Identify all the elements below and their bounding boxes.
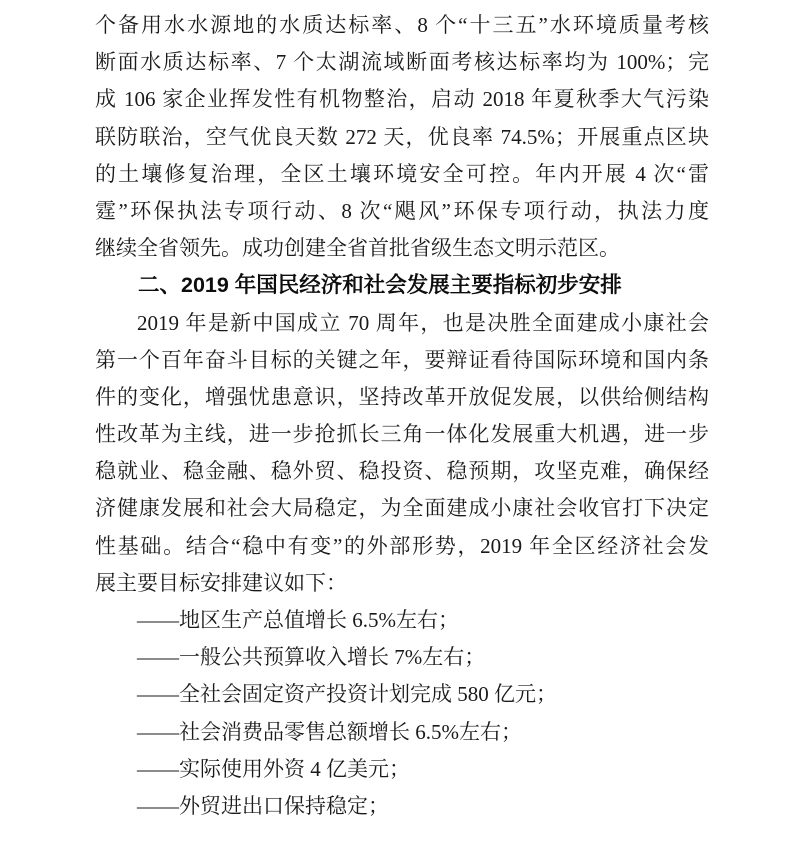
goal-item: ——地区生产总值增长 6.5%左右； [95, 602, 709, 639]
paragraph-line: 联防联治，空气优良天数 272 天，优良率 74.5%；开展重点区块 [95, 119, 709, 156]
paragraph-line: 断面水质达标率、7 个太湖流域断面考核达标率均为 100%；完 [95, 44, 709, 81]
paragraph-line: 性基础。结合“稳中有变”的外部形势，2019 年全区经济社会发 [95, 528, 709, 565]
paragraph-line: 第一个百年奋斗目标的关键之年，要辩证看待国际环境和国内条 [95, 342, 709, 379]
paragraph-line: 性改革为主线，进一步抢抓长三角一体化发展重大机遇，进一步 [95, 416, 709, 453]
paragraph-line: 继续全省领先。成功创建全省首批省级生态文明示范区。 [95, 230, 709, 267]
goal-item: ——社会消费品零售总额增长 6.5%左右； [95, 714, 709, 751]
text-column: 个备用水水源地的水质达标率、8 个“十三五”水环境质量考核 断面水质达标率、7 … [0, 0, 793, 825]
goal-item: ——外贸进出口保持稳定； [95, 788, 709, 825]
paragraph-line: 的土壤修复治理，全区土壤环境安全可控。年内开展 4 次“雷 [95, 156, 709, 193]
document-page: 个备用水水源地的水质达标率、8 个“十三五”水环境质量考核 断面水质达标率、7 … [0, 0, 793, 851]
paragraph-line: 2019 年是新中国成立 70 周年，也是决胜全面建成小康社会 [95, 305, 709, 342]
paragraph-line: 展主要目标安排建议如下： [95, 565, 709, 602]
paragraph-line: 稳就业、稳金融、稳外贸、稳投资、稳预期，攻坚克难，确保经 [95, 453, 709, 490]
paragraph-line: 霆”环保执法专项行动、8 次“飓风”环保专项行动，执法力度 [95, 193, 709, 230]
goal-item: ——全社会固定资产投资计划完成 580 亿元； [95, 676, 709, 713]
goal-item: ——实际使用外资 4 亿美元； [95, 751, 709, 788]
goal-item: ——一般公共预算收入增长 7%左右； [95, 639, 709, 676]
paragraph-line: 成 106 家企业挥发性有机物整治，启动 2018 年夏秋季大气污染 [95, 81, 709, 118]
section-heading: 二、2019 年国民经济和社会发展主要指标初步安排 [95, 267, 709, 304]
paragraph-line: 件的变化，增强忧患意识，坚持改革开放促发展，以供给侧结构 [95, 379, 709, 416]
paragraph-line: 个备用水水源地的水质达标率、8 个“十三五”水环境质量考核 [95, 7, 709, 44]
paragraph-line: 济健康发展和社会大局稳定，为全面建成小康社会收官打下决定 [95, 490, 709, 527]
